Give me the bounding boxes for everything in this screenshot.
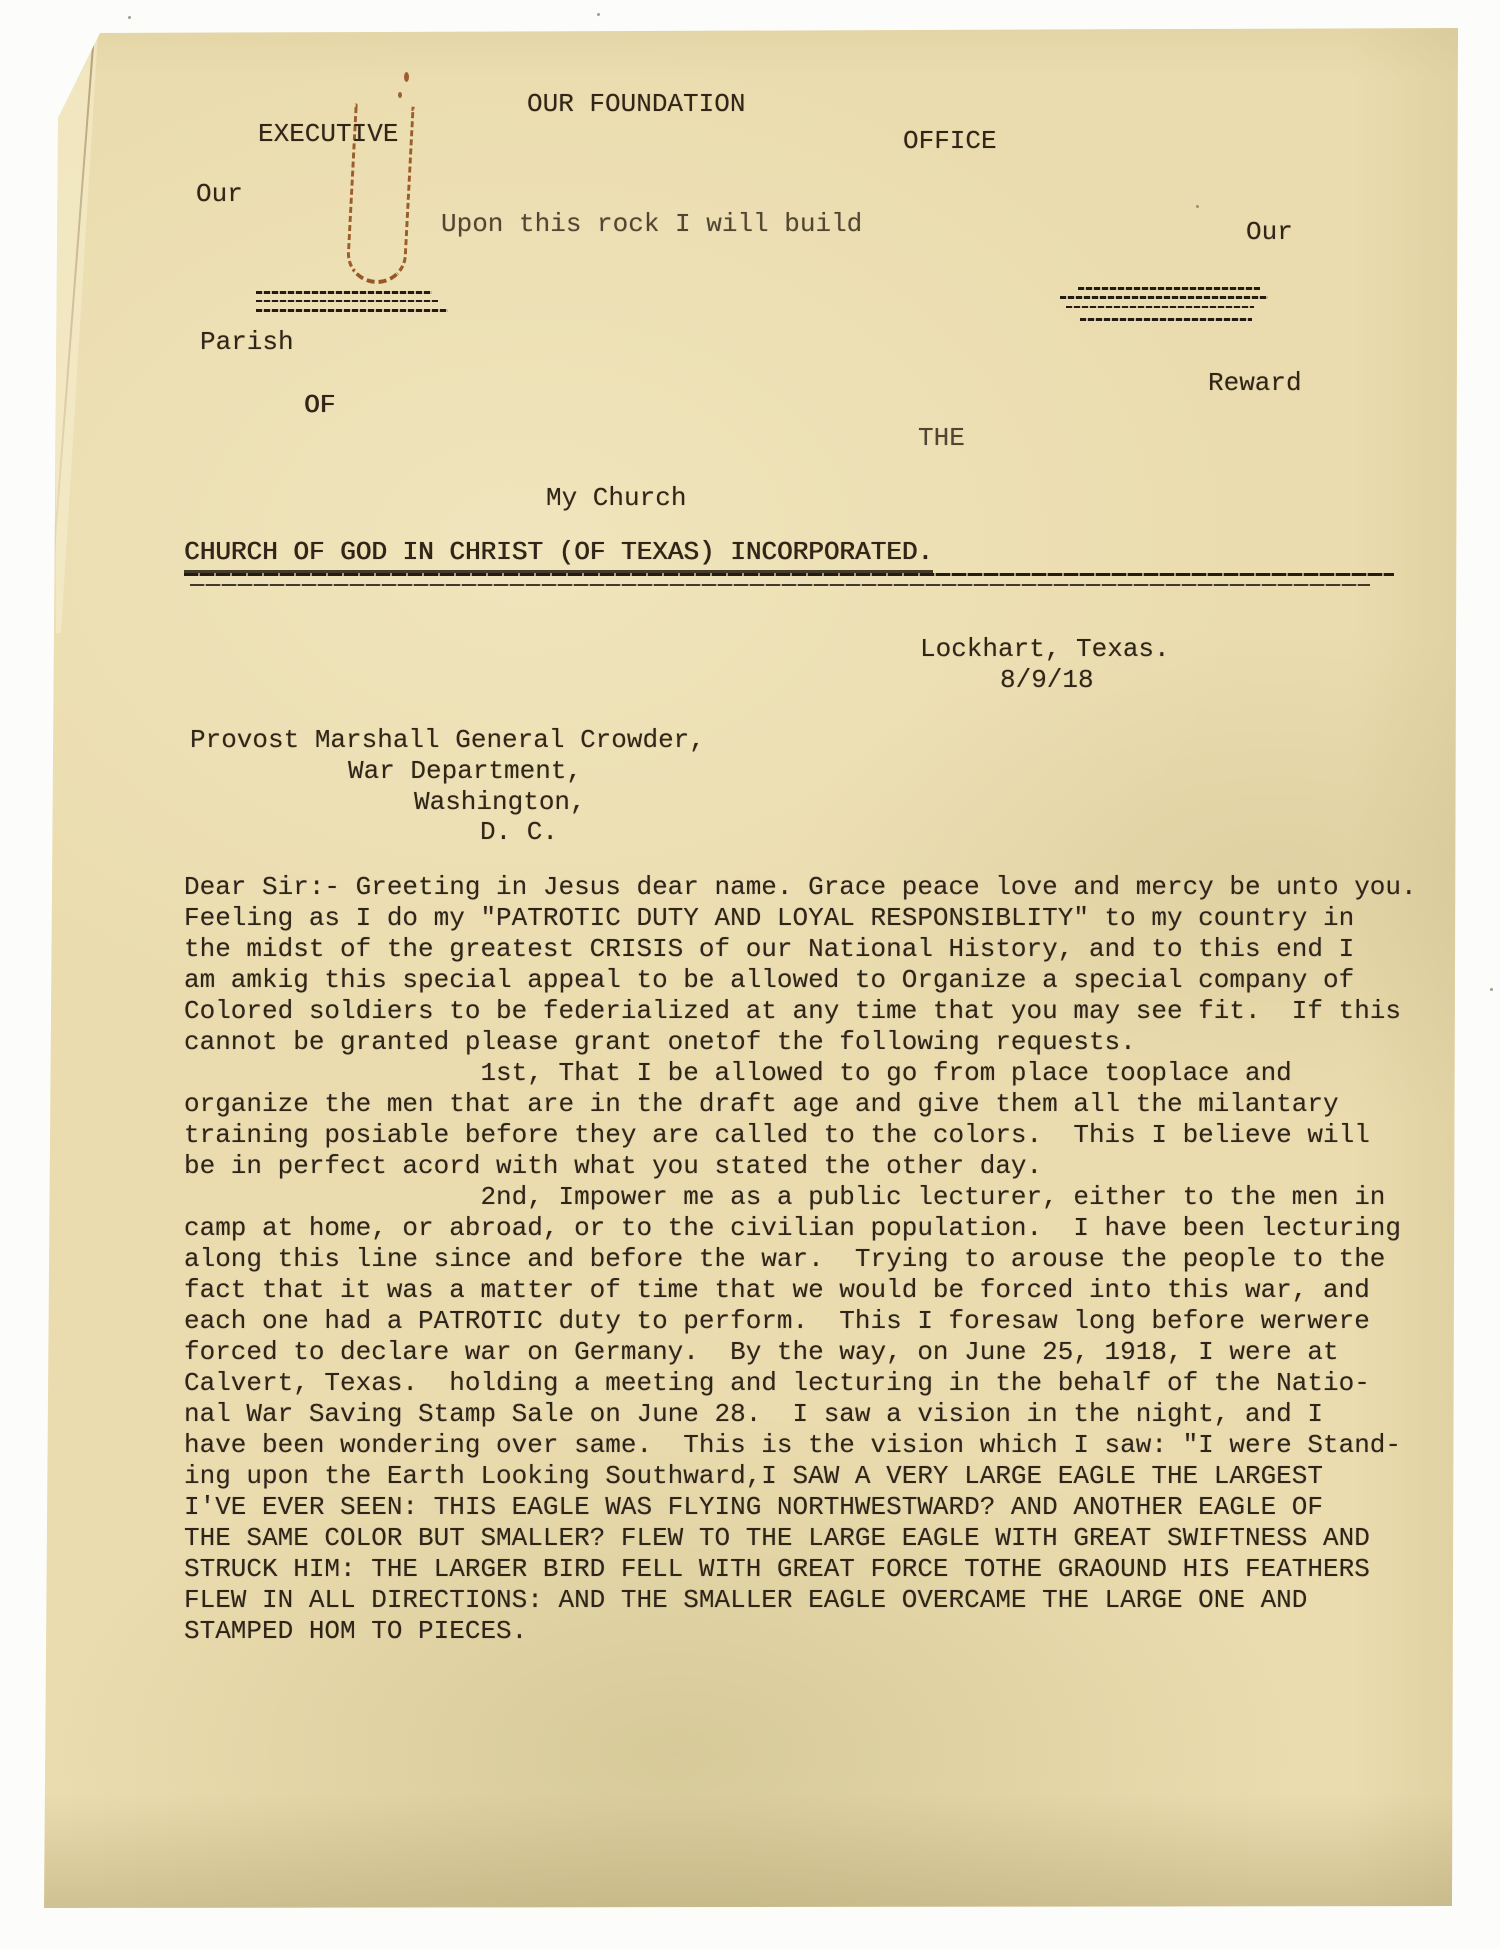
dust-speck: [128, 16, 131, 19]
rust-spot: [398, 92, 402, 98]
letterhead-the: THE: [918, 424, 965, 454]
letter-body: Dear Sir:- Greeting in Jesus dear name. …: [184, 872, 1417, 1647]
typed-rule-left: [256, 291, 432, 294]
letterhead-motto: Upon this rock I will build: [441, 210, 862, 240]
organization-heading: CHURCH OF GOD IN CHRIST (OF TEXAS) INCOR…: [184, 538, 933, 568]
heading-rule-top: [184, 573, 1394, 576]
letterhead-our-left: Our: [196, 180, 243, 210]
typed-rule-right: [1060, 296, 1268, 299]
letterhead-of: OF: [304, 391, 335, 421]
rust-spot: [404, 72, 409, 82]
dust-speck: [597, 13, 600, 16]
letterhead-parish: Parish: [200, 328, 294, 358]
recipient-line-1: Provost Marshall General Crowder,: [190, 726, 705, 756]
typed-rule-right: [1080, 318, 1252, 321]
letterhead-my-church: My Church: [546, 484, 686, 514]
letterhead-foundation: OUR FOUNDATION: [527, 90, 745, 120]
letter-paper: OUR FOUNDATION EXECUTIVE OFFICE Our Upon…: [0, 0, 1500, 1949]
dateline-date: 8/9/18: [1000, 666, 1094, 696]
corner-fold-highlight: [56, 33, 98, 633]
recipient-line-2: War Department,: [348, 757, 582, 787]
dust-speck: [1490, 988, 1493, 991]
recipient-line-3: Washington,: [414, 788, 586, 818]
typed-rule-left: [256, 309, 448, 312]
organization-heading-text: CHURCH OF GOD IN CHRIST (OF TEXAS) INCOR…: [184, 537, 933, 573]
dateline-place: Lockhart, Texas.: [920, 635, 1170, 665]
typed-rule-left: [256, 300, 438, 302]
recipient-line-4: D. C.: [480, 818, 558, 848]
dust-speck: [1196, 205, 1199, 208]
heading-rule-bottom: [190, 584, 1370, 586]
letterhead-reward: Reward: [1208, 369, 1302, 399]
typed-rule-right: [1078, 287, 1260, 290]
letterhead-our-right: Our: [1246, 218, 1293, 248]
scan-background: OUR FOUNDATION EXECUTIVE OFFICE Our Upon…: [0, 0, 1500, 1949]
letterhead-executive: EXECUTIVE: [258, 120, 398, 150]
typed-rule-right: [1066, 306, 1254, 308]
letterhead-office: OFFICE: [903, 127, 997, 157]
